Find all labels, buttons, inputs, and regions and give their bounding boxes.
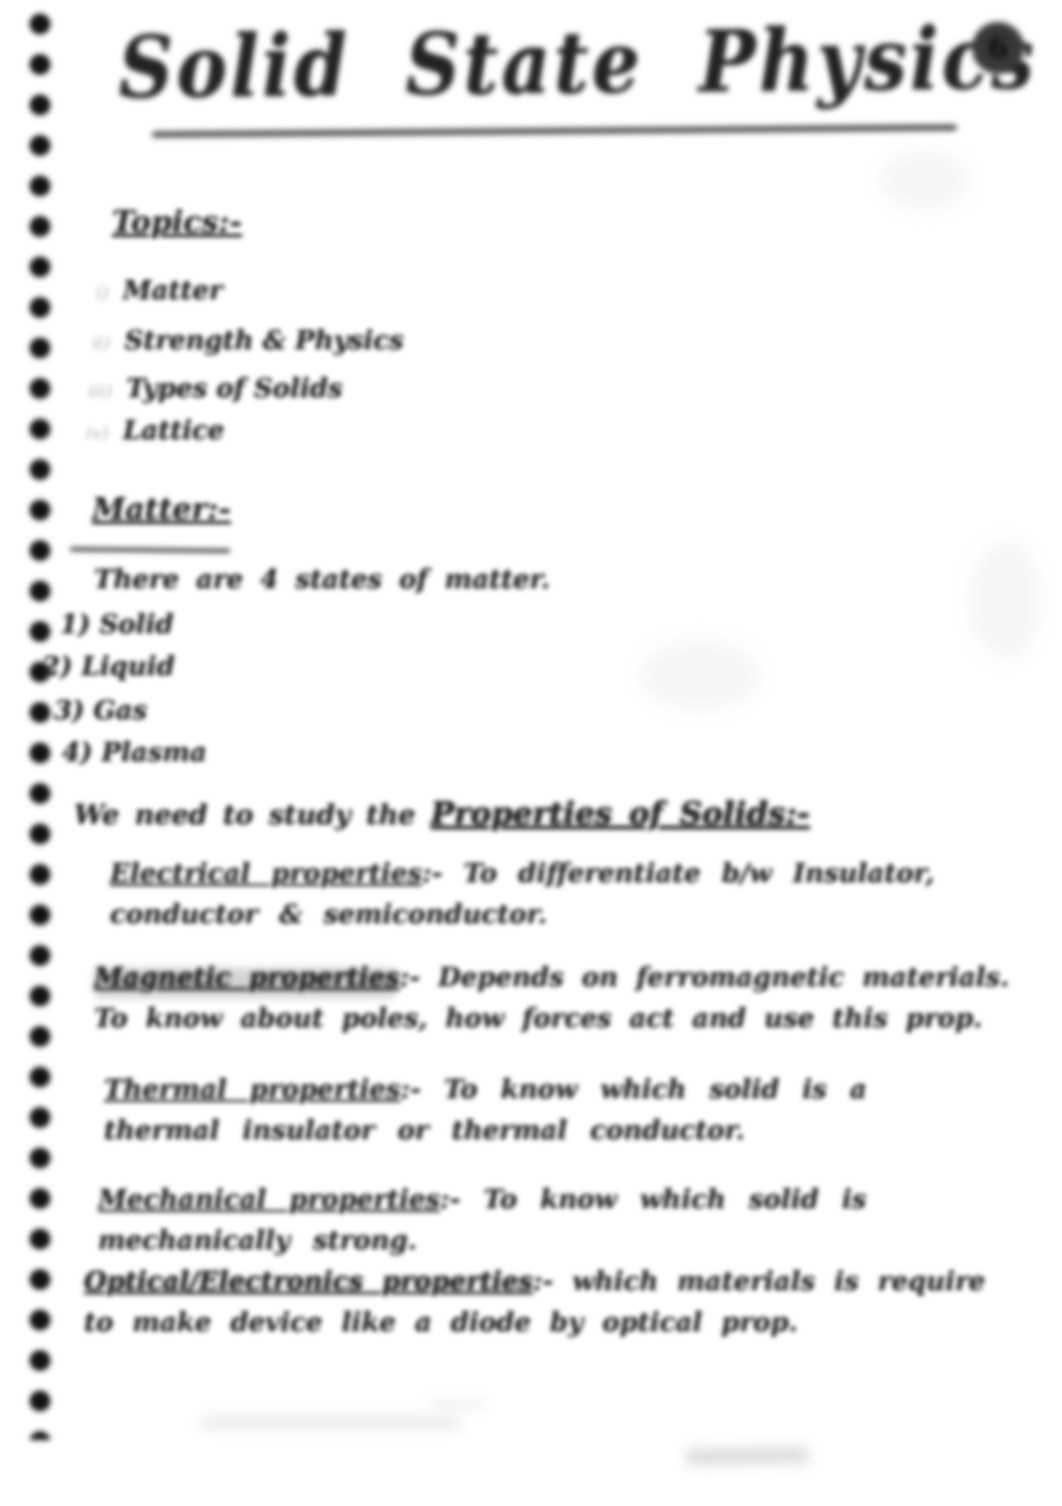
- topic-marker: iv): [86, 423, 109, 444]
- property-paragraph-electrical: Electrical properties:- To differentiate…: [110, 854, 990, 936]
- page-title: Solid State Physics: [118, 8, 1037, 117]
- property-heading: Electrical properties: [110, 859, 422, 889]
- property-heading: Mechanical properties: [98, 1185, 440, 1215]
- property-separator: :-: [533, 1267, 572, 1297]
- paper-smudge: [880, 150, 970, 210]
- property-paragraph-optical: Optical/Electronics properties:- which m…: [84, 1262, 1014, 1344]
- state-item: 1) Solid: [60, 610, 174, 640]
- topic-item: ii)Strength & Physics: [92, 326, 404, 356]
- property-separator: :-: [440, 1185, 483, 1215]
- property-separator: :-: [422, 859, 463, 889]
- property-paragraph-magnetic: Magnetic properties:- Depends on ferroma…: [94, 958, 1024, 1040]
- topic-label: Matter: [123, 276, 223, 306]
- topic-label: Lattice: [123, 416, 224, 446]
- state-item: 2) Liquid: [42, 652, 175, 682]
- paper-smudge: [640, 640, 760, 710]
- notebook-page: Solid State Physics 6 Topics:- i)Matter …: [0, 0, 1062, 1506]
- page-number: 6: [988, 31, 1009, 66]
- topic-label: Strength & Physics: [125, 326, 404, 356]
- bleed-through-ghost: [686, 1447, 808, 1465]
- property-separator: :-: [400, 1075, 443, 1105]
- topics-heading: Topics:-: [112, 205, 242, 240]
- topic-item: i)Matter: [96, 276, 223, 306]
- bleed-through-ghost: [430, 1400, 485, 1408]
- topic-item: iv)Lattice: [86, 416, 224, 446]
- study-line: We need to study the Properties of Solid…: [74, 796, 810, 832]
- property-paragraph-mechanical: Mechanical properties:- To know which so…: [98, 1180, 998, 1262]
- topic-item: iii)Types of Solids: [88, 374, 343, 404]
- matter-heading-second-underline: [70, 547, 230, 553]
- page-number-badge: 6: [972, 22, 1024, 74]
- property-heading: Thermal properties: [104, 1075, 400, 1105]
- paper-smudge: [970, 540, 1040, 660]
- scanned-content: Solid State Physics 6 Topics:- i)Matter …: [0, 0, 1062, 1506]
- property-separator: :-: [400, 963, 438, 993]
- topic-label: Types of Solids: [126, 374, 342, 404]
- matter-intro: There are 4 states of matter.: [94, 565, 550, 595]
- title-underline: [152, 124, 957, 137]
- property-paragraph-thermal: Thermal properties:- To know which solid…: [104, 1070, 994, 1152]
- state-item: 4) Plasma: [62, 738, 207, 768]
- topic-marker: i): [96, 283, 109, 304]
- study-line-prefix: We need to study the: [74, 800, 431, 831]
- study-line-emphasis: Properties of Solids:-: [431, 796, 810, 832]
- property-heading: Magnetic properties: [94, 963, 400, 993]
- state-item: 3) Gas: [54, 696, 147, 726]
- topic-marker: iii): [88, 381, 112, 402]
- bleed-through-ghost: [200, 1418, 460, 1428]
- topic-marker: ii): [92, 333, 111, 354]
- matter-heading: Matter:-: [92, 492, 231, 527]
- property-heading: Optical/Electronics properties: [84, 1267, 533, 1297]
